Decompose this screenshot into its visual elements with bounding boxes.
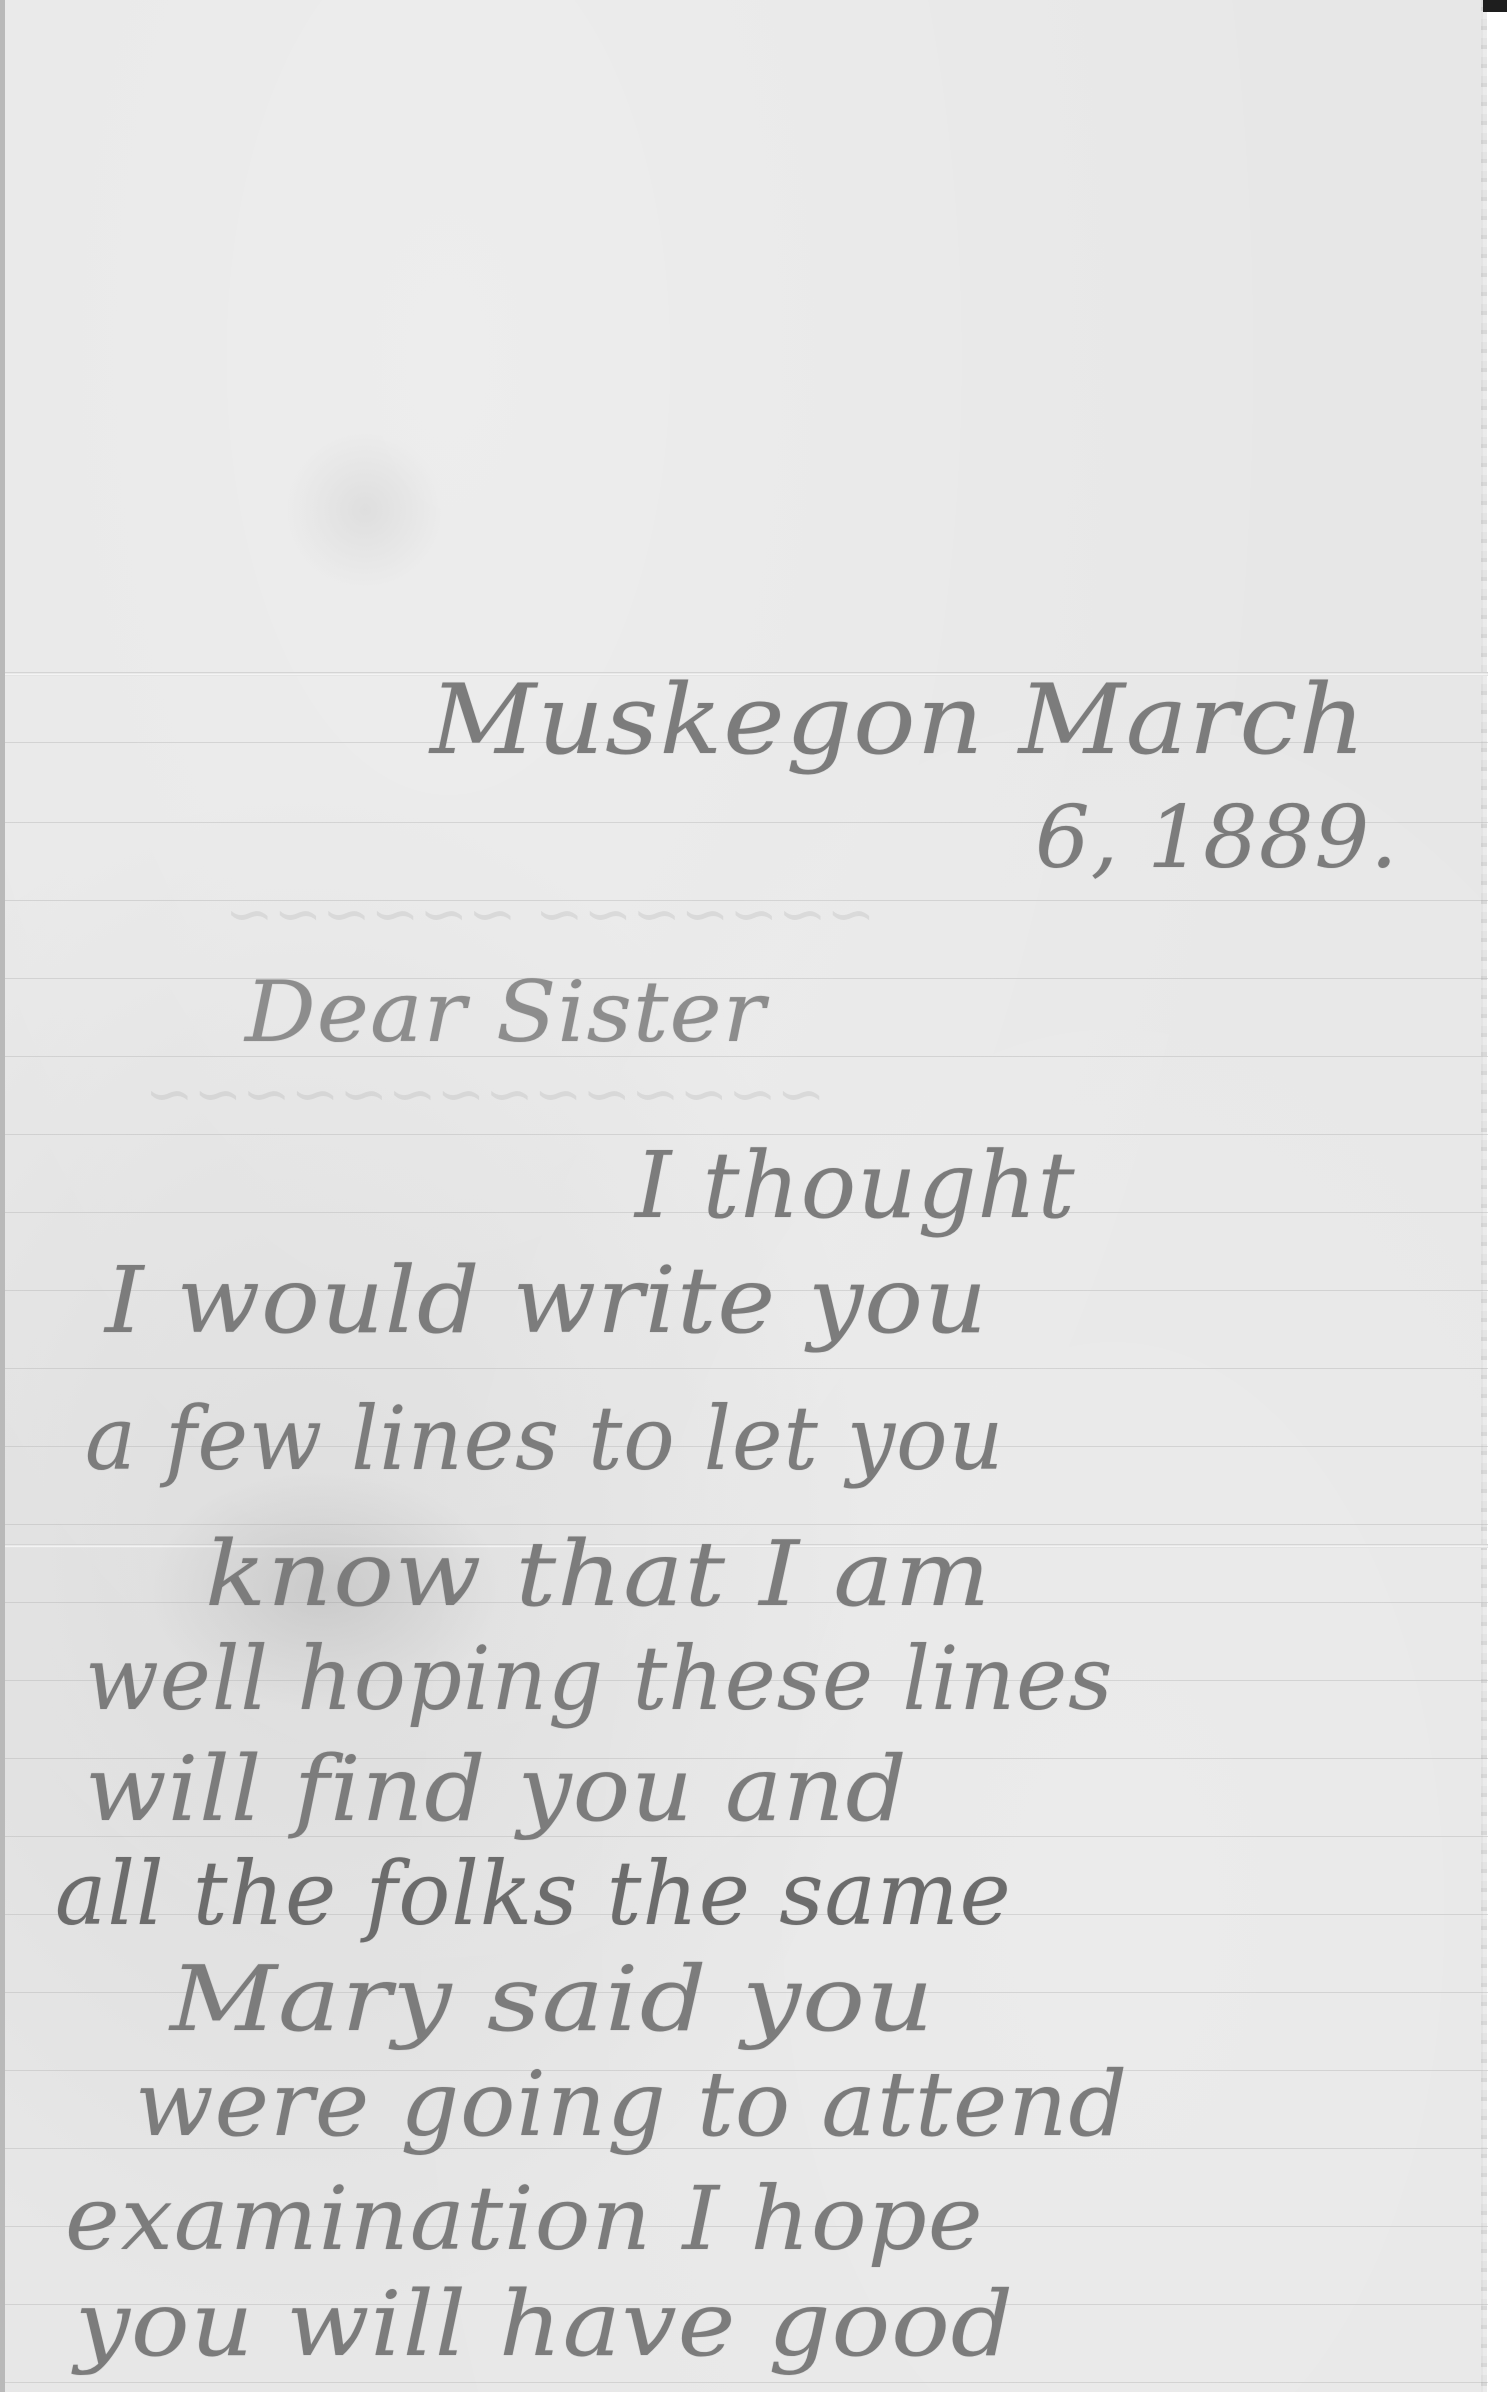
body-line: well hoping these lines	[85, 1635, 1113, 1723]
salutation: Dear Sister	[245, 970, 766, 1054]
body-line: I would write you	[105, 1255, 988, 1347]
torn-right-edge	[1481, 0, 1487, 2392]
ruled-line	[5, 1368, 1488, 1369]
letter-date: 6, 1889.	[1035, 795, 1399, 881]
body-line: a few lines to let you	[85, 1395, 1004, 1483]
letter-page: ~~~~~~~ ~~~~~~ ~~~~~~~~~~~~~~ Muskegon M…	[0, 0, 1483, 2392]
bleed-through-text: ~~~~~~~ ~~~~~~	[225, 880, 875, 948]
scanner-edge-strip	[1483, 0, 1507, 12]
body-line: examination I hope	[65, 2175, 984, 2263]
body-line: Mary said you	[170, 1955, 935, 2045]
ruled-line	[5, 2382, 1488, 2383]
body-line: all the folks the same	[55, 1850, 1012, 1938]
body-line: I thought	[635, 1140, 1076, 1232]
body-line: were going to attend	[135, 2060, 1128, 2150]
letter-place-month: Muskegon March	[430, 672, 1366, 768]
body-line: will find you and	[85, 1745, 908, 1835]
bleed-through-text: ~~~~~~~~~~~~~~	[145, 1060, 825, 1128]
body-line: you will have good	[75, 2280, 1014, 2370]
pencil-smudge	[285, 430, 445, 590]
body-line: know that I am	[205, 1530, 991, 1620]
